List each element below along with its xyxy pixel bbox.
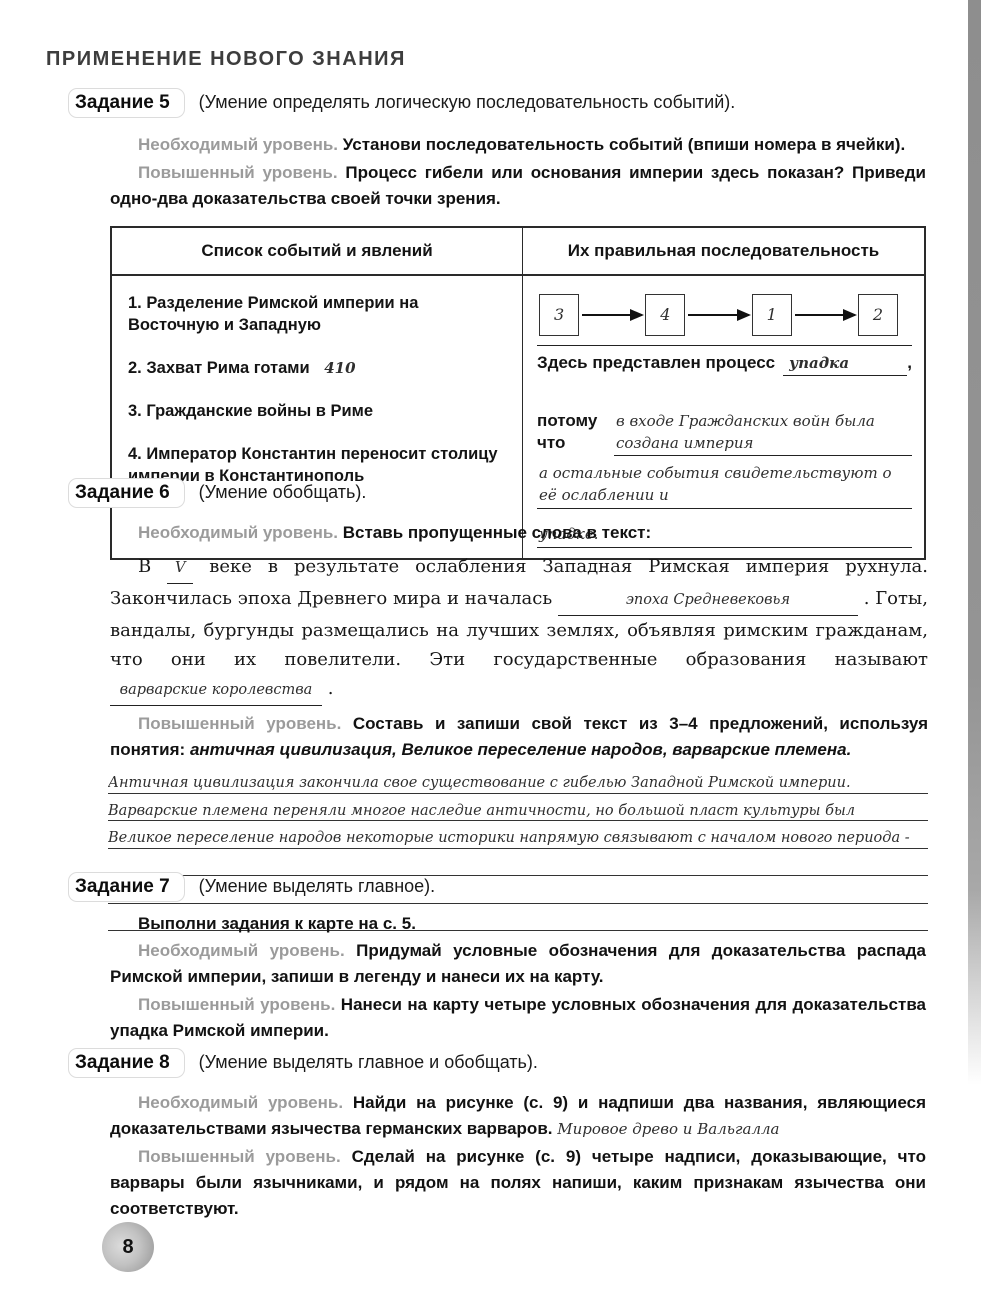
task-8-skill: (Умение выделять главное и обобщать). (199, 1052, 538, 1073)
fill-blank-kingdoms: варварские королевства (110, 674, 322, 706)
task-7-title: Задание 7 (Умение выделять главное). (68, 872, 926, 902)
advanced-level-label: Повышенный уровень. (138, 995, 335, 1014)
advanced-level-label: Повышенный уровень. (138, 714, 341, 733)
arrow-right-icon (795, 314, 855, 316)
sequence-box-2: 4 (645, 294, 685, 336)
task-5-advanced: Повышенный уровень. Процесс гибели или о… (110, 160, 926, 212)
task-6-section: Задание 6 (Умение обобщать). Необходимый… (66, 478, 926, 931)
writing-line-3: Великое переселение народов некоторые ис… (108, 821, 928, 849)
advanced-terms: античная цивилизация, Великое переселени… (190, 740, 851, 759)
table-header-sequence: Их правильная последовательность (522, 228, 924, 276)
scan-binding-shadow (968, 0, 981, 1085)
task-8-section: Задание 8 (Умение выделять главное и обо… (66, 1048, 926, 1222)
task-7-intro: Выполни задания к карте на с. 5. (138, 914, 926, 934)
task-7-advanced: Повышенный уровень. Нанеси на карту четы… (110, 992, 926, 1044)
task-6-title: Задание 6 (Умение обобщать). (68, 478, 926, 508)
writing-line-2: Варварские племена переняли многое насле… (108, 794, 928, 822)
page-number-badge: 8 (102, 1222, 154, 1272)
writing-line-1: Античная цивилизация закончила свое суще… (108, 766, 928, 794)
task-8-advanced: Повышенный уровень. Сделай на рисунке (с… (110, 1144, 926, 1222)
event-item-1: 1. Разделение Римской империи на Восточн… (128, 292, 508, 336)
required-level-text: Вставь пропущенные слова в текст: (343, 523, 651, 542)
required-level-label: Необходимый уровень. (138, 1093, 343, 1112)
fill-blank-century: V (167, 552, 193, 584)
arrow-right-icon (688, 314, 748, 316)
task-5-title: Задание 5 (Умение определять логическую … (68, 88, 926, 118)
process-answer-blank: упадка (783, 352, 907, 376)
required-level-label: Необходимый уровень. (138, 941, 345, 960)
advanced-level-label: Повышенный уровень. (138, 163, 338, 182)
table-header-events: Список событий и явлений (112, 228, 522, 276)
sequence-box-4: 2 (858, 294, 898, 336)
required-level-text: Установи последовательность событий (впи… (343, 135, 905, 154)
task-7-required: Необходимый уровень. Придумай условные о… (110, 938, 926, 990)
event-2-handwritten-answer: 410 (324, 359, 355, 377)
event-item-3: 3. Гражданские войны в Риме (128, 400, 508, 422)
because-line-1: в входе Гражданских войн была создана им… (614, 410, 912, 456)
task-8-handwritten-answer: Мировое древо и Вальгалла (557, 1120, 779, 1138)
page-header: ПРИМЕНЕНИЕ НОВОГО ЗНАНИЯ (46, 48, 406, 71)
fill-in-paragraph: В V веке в результате ослабления Западна… (110, 552, 928, 706)
required-level-label: Необходимый уровень. (138, 523, 338, 542)
sequence-box-3: 1 (752, 294, 792, 336)
task-6-label: Задание 6 (68, 478, 185, 508)
required-level-label: Необходимый уровень. (138, 135, 338, 154)
event-item-2: 2. Захват Рима готами 410 (128, 357, 508, 379)
task-5-required: Необходимый уровень. Установи последоват… (110, 132, 926, 158)
ruled-line (537, 345, 912, 346)
task-8-label: Задание 8 (68, 1048, 185, 1078)
process-line: Здесь представлен процесс упадка , (537, 352, 912, 376)
fill-blank-epoch: эпоха Средневековья (558, 584, 858, 616)
workbook-page: ПРИМЕНЕНИЕ НОВОГО ЗНАНИЯ Задание 5 (Умен… (0, 0, 981, 1299)
sequence-box-1: 3 (539, 294, 579, 336)
task-5-skill: (Умение определять логическую последоват… (199, 92, 736, 113)
task-6-advanced: Повышенный уровень. Составь и запиши сво… (110, 711, 928, 763)
task-8-required: Необходимый уровень. Найди на рисунке (с… (110, 1090, 926, 1142)
advanced-level-label: Повышенный уровень. (138, 1147, 341, 1166)
sequence-boxes: 3 4 1 2 (539, 294, 912, 336)
task-6-skill: (Умение обобщать). (199, 482, 367, 503)
task-7-label: Задание 7 (68, 872, 185, 902)
task-7-section: Задание 7 (Умение выделять главное). Вып… (66, 872, 926, 1044)
task-8-title: Задание 8 (Умение выделять главное и обо… (68, 1048, 926, 1078)
task-7-skill: (Умение выделять главное). (199, 876, 436, 897)
because-label: потому что (537, 410, 606, 454)
arrow-right-icon (582, 314, 642, 316)
task-6-required: Необходимый уровень. Вставь пропущенные … (110, 520, 926, 546)
task-5-label: Задание 5 (68, 88, 185, 118)
